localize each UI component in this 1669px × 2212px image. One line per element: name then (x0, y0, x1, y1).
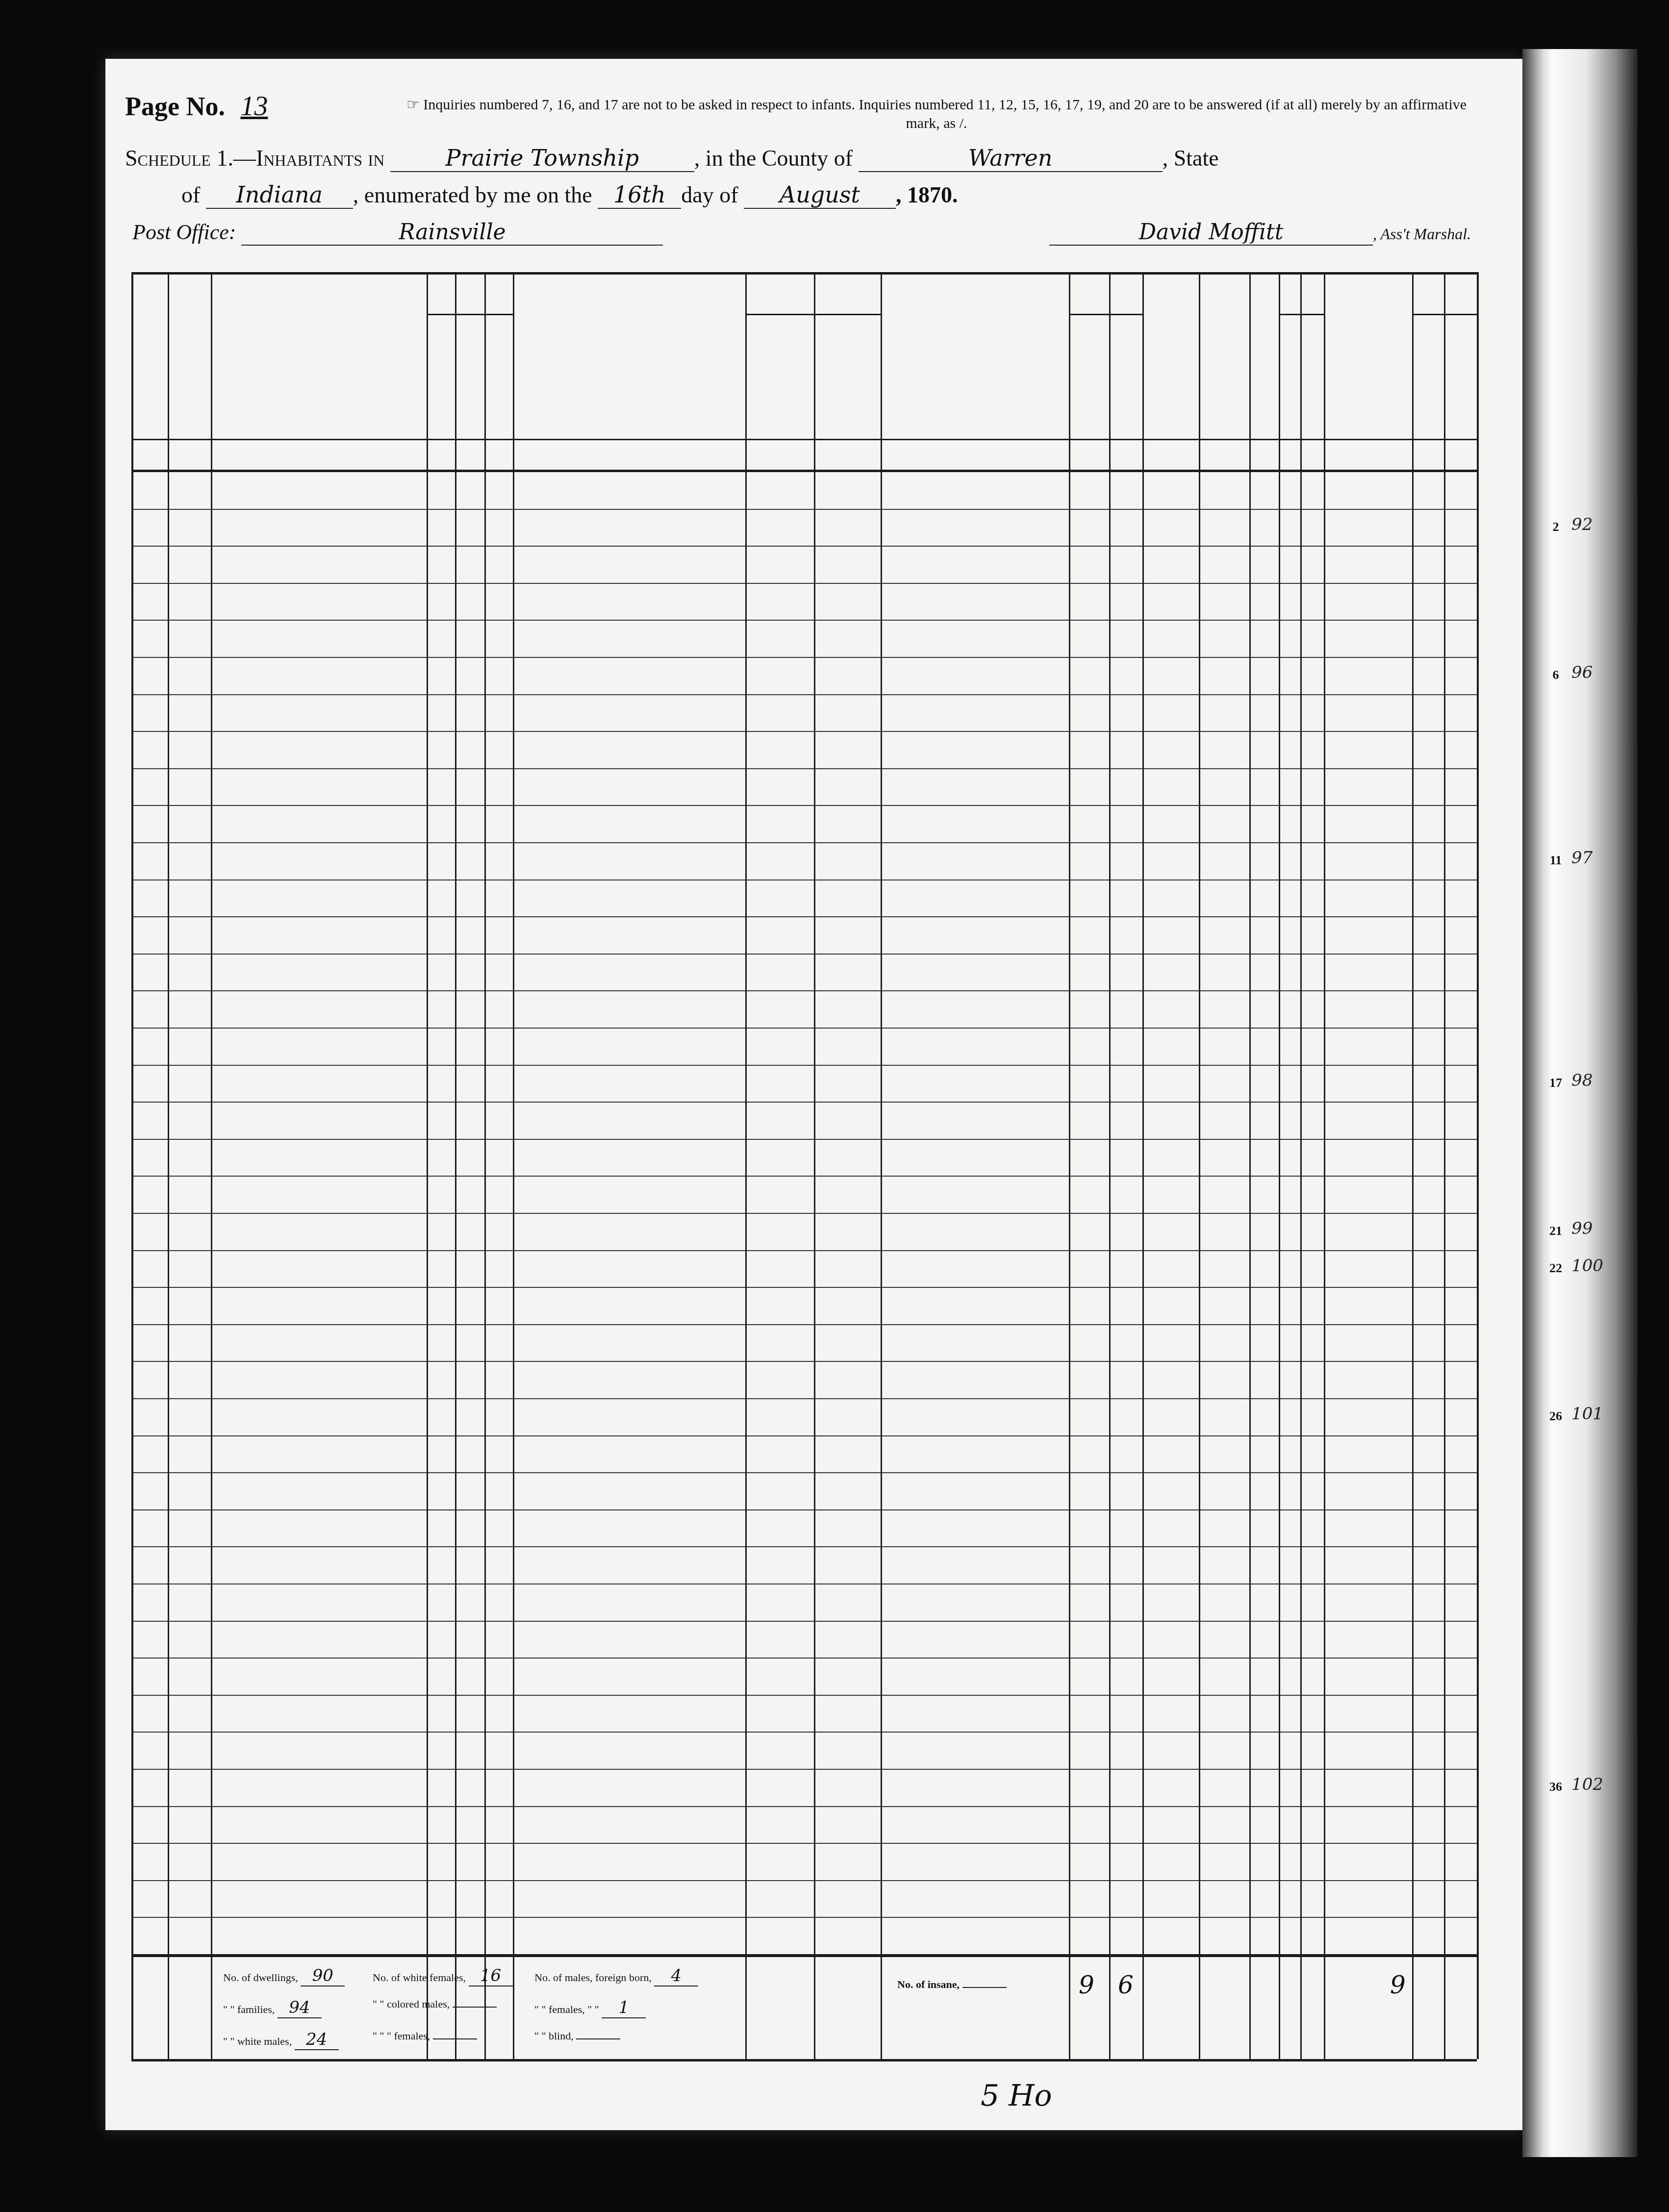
total-col11: 9 (1079, 1971, 1094, 1999)
table-row (131, 731, 1477, 768)
county-field: Warren (859, 145, 1163, 172)
blind-label: " " blind, (534, 2030, 574, 2042)
schedule-line: Schedule 1.—Inhabitants in Prairie Towns… (125, 145, 1219, 172)
males-foreign-value: 4 (654, 1966, 698, 1986)
margin-number: 102 (1571, 1775, 1603, 1794)
schedule-label: Schedule 1.—Inhabitants in (125, 146, 384, 171)
state-field: Indiana (206, 181, 353, 209)
footer-dwellings: No. of dwellings, 90 (223, 1966, 345, 1986)
year-label: , 1870. (896, 182, 958, 207)
table-row (131, 1546, 1477, 1584)
post-office-label: Post Office: (132, 220, 236, 244)
post-office-line: Post Office: Rainsville (132, 220, 663, 246)
table-row (131, 1287, 1477, 1324)
column-header-12 (1111, 317, 1141, 437)
table-row (131, 1584, 1477, 1621)
day-field: 16th (598, 181, 681, 209)
group-rule (427, 314, 513, 315)
footer-colored-females: " " " females, (373, 2030, 477, 2042)
footer-insane: No. of insane, (897, 1978, 1007, 1991)
day-of-label: day of (681, 182, 738, 207)
table-row (131, 1435, 1477, 1473)
white-females-value: 16 (469, 1966, 513, 1986)
table-row (131, 805, 1477, 842)
footer-blind: " " blind, (534, 2030, 620, 2042)
white-males-label: " " white males, (223, 2035, 292, 2047)
column-header-8 (747, 317, 812, 437)
margin-number: 98 (1571, 1071, 1593, 1090)
column-rule (1477, 272, 1479, 2059)
page-number-value: 13 (240, 91, 268, 122)
table-row (131, 954, 1477, 991)
column-header-19 (1414, 317, 1442, 437)
enumerated-label: , enumerated by me on the (353, 182, 592, 207)
table-row (131, 694, 1477, 731)
column-header-1 (133, 279, 166, 436)
table-row (131, 916, 1477, 954)
page-label: Page No. (125, 92, 225, 121)
column-header-13 (1144, 279, 1197, 436)
margin-number: 101 (1571, 1404, 1603, 1424)
adjacent-row-number: 2 (1543, 520, 1568, 534)
dwellings-label: No. of dwellings, (223, 1971, 298, 1984)
footer-colored-males: " " colored males, (373, 1998, 497, 2011)
dwellings-value: 90 (301, 1966, 345, 1986)
margin-number: 96 (1571, 663, 1593, 682)
margin-number: 92 (1571, 515, 1593, 534)
table-row (131, 1621, 1477, 1658)
adjacent-row-number: 21 (1543, 1224, 1568, 1238)
colored-males-value (453, 2007, 497, 2008)
bottom-handwritten-note: 5 Ho (981, 2079, 1052, 2113)
column-header-15 (1251, 279, 1277, 436)
females-foreign-label: " " females, " " (534, 2003, 599, 2015)
table-row (131, 546, 1477, 583)
table-row (131, 1917, 1477, 1954)
table-row (131, 1139, 1477, 1176)
table-row (131, 620, 1477, 657)
table-row (131, 990, 1477, 1028)
table-row (131, 1102, 1477, 1139)
binding-gutter (1522, 49, 1552, 2157)
margin-number: 99 (1571, 1219, 1593, 1238)
data-bottom-rule (131, 1954, 1477, 1957)
table-bottom-rule (131, 2059, 1477, 2061)
header-rule (131, 439, 1477, 440)
table-row (131, 880, 1477, 917)
table-row (131, 1509, 1477, 1547)
margin-number: 97 (1571, 848, 1593, 868)
column-header-20 (1445, 317, 1475, 437)
families-value: 94 (278, 1998, 322, 2018)
table-row (131, 1213, 1477, 1250)
county-label: , in the County of (694, 146, 853, 171)
insane-label: No. of insane, (897, 1978, 960, 1990)
adjacent-row-number: 22 (1543, 1261, 1568, 1276)
table-row (131, 1806, 1477, 1843)
footer-white-females: No. of white females, 16 (373, 1966, 513, 1986)
table-row (131, 1695, 1477, 1732)
month-field: August (744, 181, 896, 209)
state-label: , State (1163, 146, 1219, 171)
table-row (131, 583, 1477, 620)
colored-females-value (433, 2038, 477, 2039)
table-row (131, 1880, 1477, 1917)
blind-value (576, 2038, 620, 2039)
table-row (131, 1769, 1477, 1806)
column-header-2 (169, 279, 209, 436)
insane-value (962, 1987, 1007, 1988)
table-row (131, 1843, 1477, 1880)
table-row (131, 1065, 1477, 1102)
column-header-9 (815, 317, 879, 437)
colored-females-label: " " " females, (373, 2030, 430, 2042)
adjacent-row-number: 26 (1543, 1409, 1568, 1424)
adjacent-row-number: 11 (1543, 853, 1568, 868)
group-rule (1069, 314, 1142, 315)
marshal-signature: David Moffitt (1049, 220, 1373, 246)
of-label: of (181, 182, 200, 207)
column-header-11 (1070, 317, 1108, 437)
marshal-line: David Moffitt, Ass't Marshal. (1049, 220, 1471, 246)
table-row (131, 1361, 1477, 1398)
column-header-17 (1302, 317, 1322, 437)
table-row (131, 472, 1477, 509)
table-row (131, 1732, 1477, 1769)
total-col12: 6 (1118, 1971, 1134, 1999)
post-office-field: Rainsville (241, 220, 663, 246)
footer-white-males: " " white males, 24 (223, 2030, 339, 2050)
table-row (131, 1472, 1477, 1509)
table-row (131, 1324, 1477, 1361)
white-females-label: No. of white females, (373, 1971, 466, 1984)
adjacent-page-strip (1552, 49, 1638, 2157)
table-row (131, 657, 1477, 694)
table-top-rule (131, 272, 1477, 275)
column-header-14 (1200, 279, 1248, 436)
column-header-16 (1280, 317, 1299, 437)
group-rule (1279, 314, 1324, 315)
page-number: Page No. 13 (125, 91, 268, 122)
footer-males-foreign: No. of males, foreign born, 4 (534, 1966, 698, 1986)
table-row (131, 1398, 1477, 1435)
footer-females-foreign: " " females, " " 1 (534, 1998, 646, 2018)
table-row (131, 1250, 1477, 1287)
township-field: Prairie Township (390, 145, 694, 172)
adjacent-row-number: 6 (1543, 668, 1568, 682)
group-rule (745, 314, 881, 315)
column-header-5 (456, 317, 483, 437)
column-header-4 (428, 317, 454, 437)
column-header-6 (486, 317, 511, 437)
table-row (131, 1028, 1477, 1065)
table-row (131, 509, 1477, 546)
inquiries-note: ☞ Inquiries numbered 7, 16, and 17 are n… (402, 96, 1471, 133)
total-col19: 9 (1390, 1971, 1406, 1999)
margin-number: 100 (1571, 1256, 1603, 1276)
males-foreign-label: No. of males, foreign born, (534, 1971, 652, 1984)
colored-males-label: " " colored males, (373, 1998, 450, 2010)
footer-families: " " families, 94 (223, 1998, 322, 2018)
group-rule (1412, 314, 1477, 315)
table-row (131, 1176, 1477, 1213)
marshal-label: , Ass't Marshal. (1373, 225, 1471, 243)
adjacent-row-number: 17 (1543, 1076, 1568, 1090)
table-row (131, 1658, 1477, 1695)
white-males-value: 24 (295, 2030, 339, 2050)
adjacent-row-number: 36 (1543, 1780, 1568, 1794)
females-foreign-value: 1 (602, 1998, 646, 2018)
table-row (131, 842, 1477, 880)
table-row (131, 768, 1477, 805)
families-label: " " families, (223, 2003, 275, 2015)
enumeration-line: of Indiana, enumerated by me on the 16th… (181, 181, 958, 209)
